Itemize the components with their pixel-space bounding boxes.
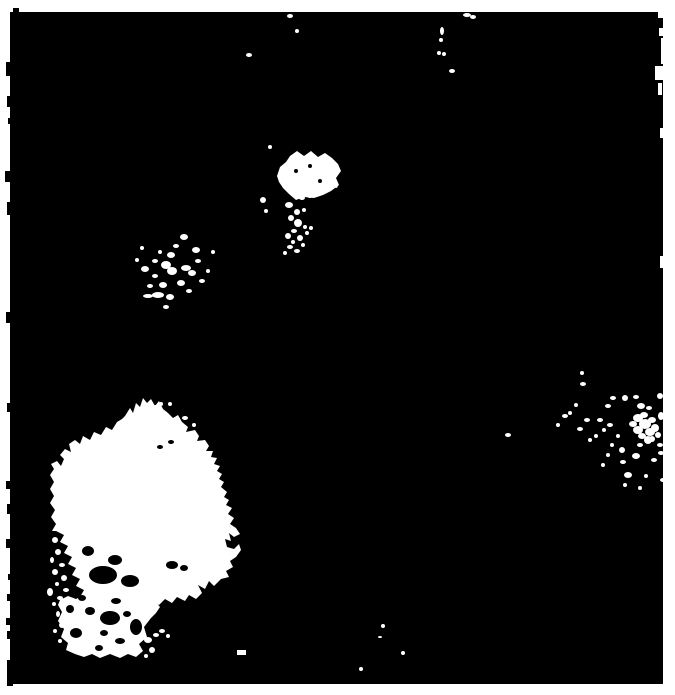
binary-mask-canvas — [0, 0, 675, 695]
binary-micrograph-figure — [0, 0, 675, 695]
bottom-dash — [237, 650, 246, 655]
